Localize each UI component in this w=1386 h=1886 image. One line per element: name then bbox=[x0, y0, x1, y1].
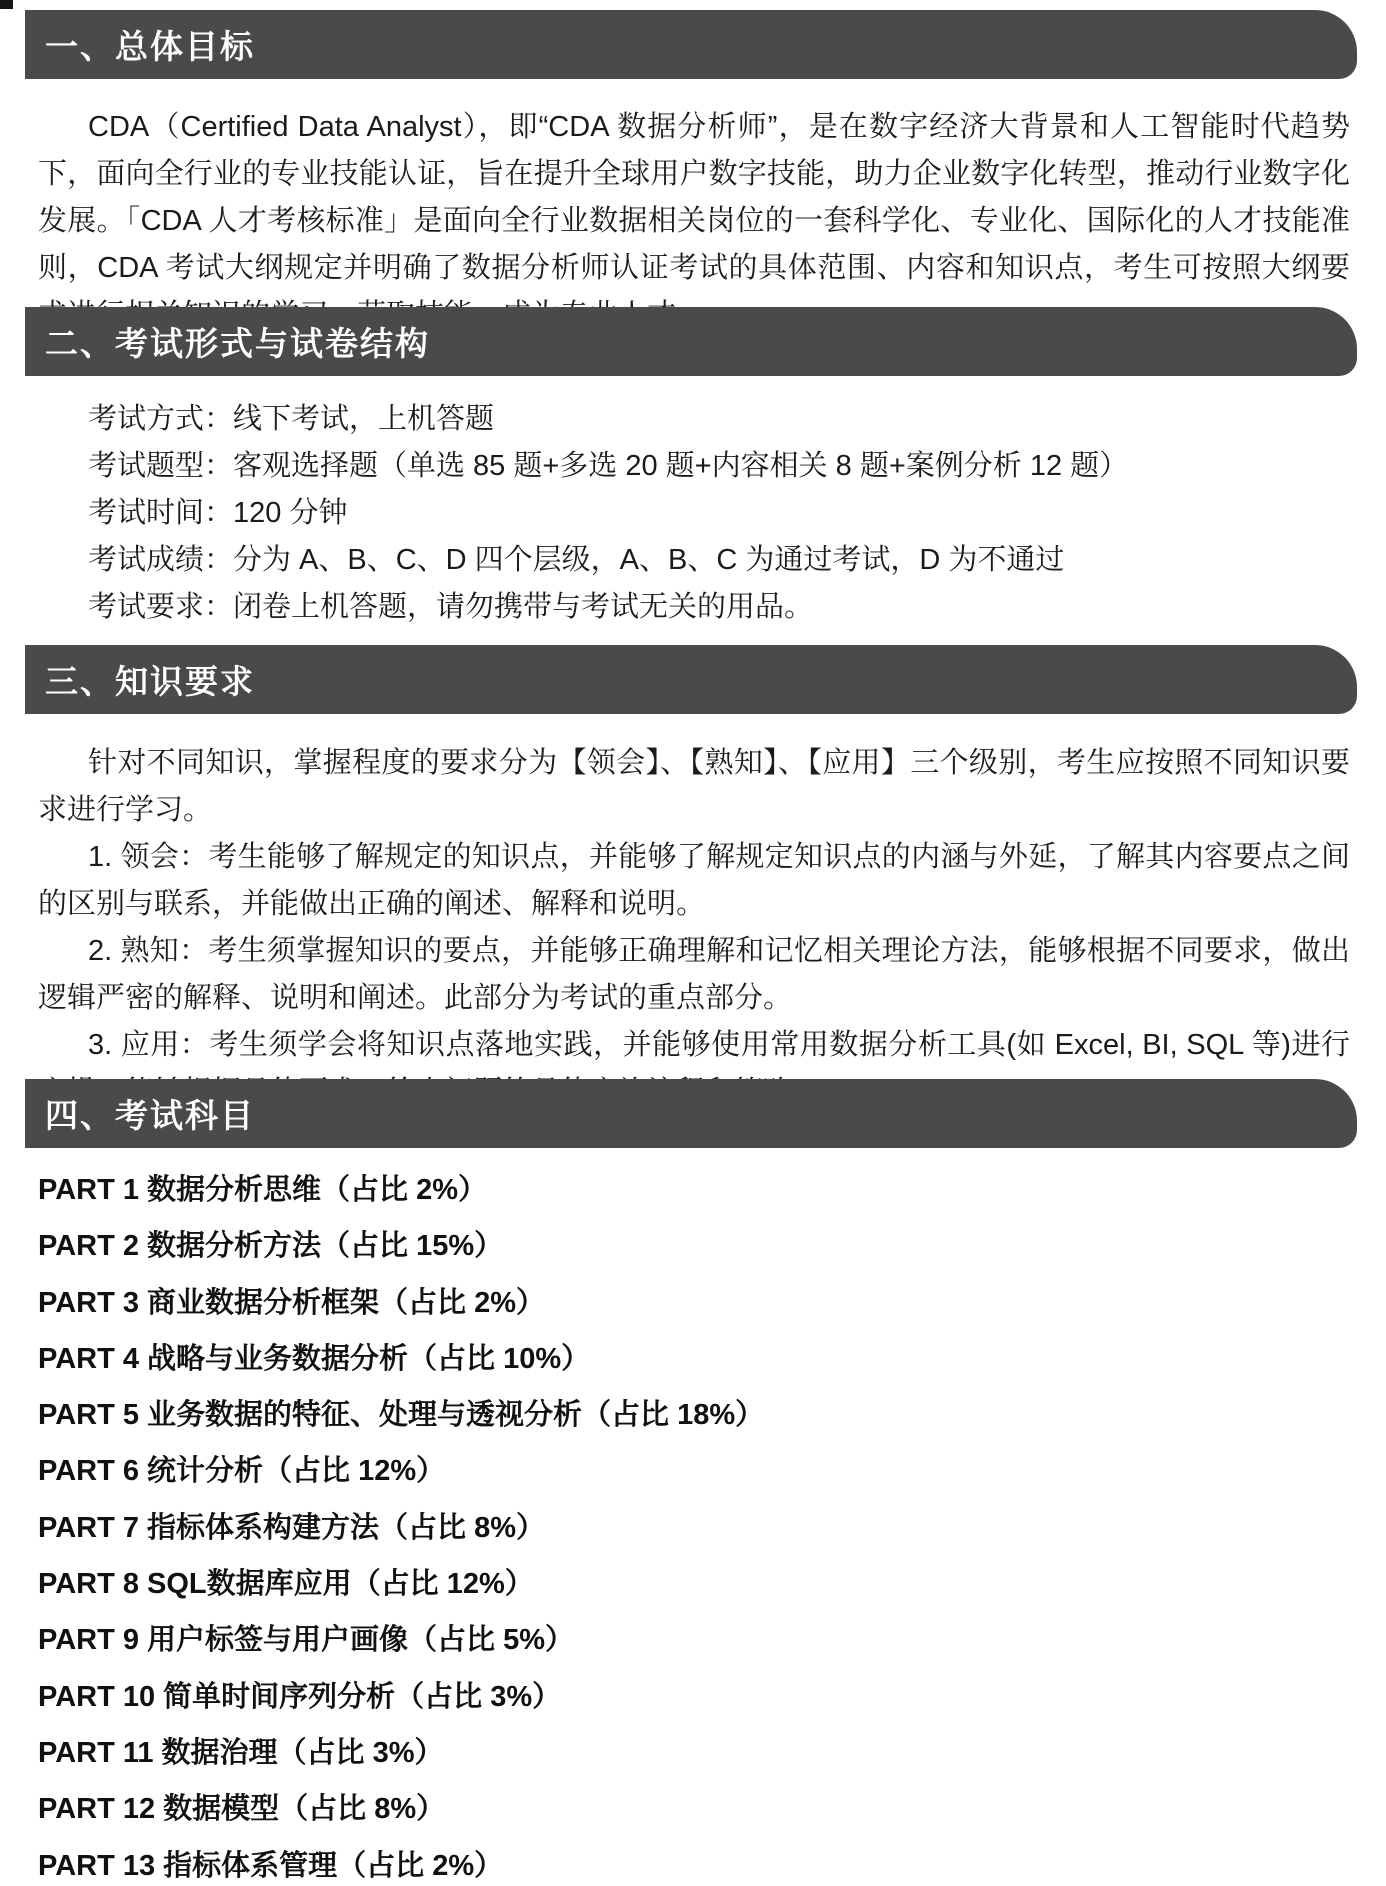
section-2-title: 二、考试形式与试卷结构 bbox=[25, 318, 430, 365]
exam-format-list: 考试方式：线下考试，上机答题 考试题型：客观选择题（单选 85 题+多选 20 … bbox=[88, 396, 1358, 631]
section-2-header-bar: 二、考试形式与试卷结构 bbox=[25, 307, 1357, 376]
section-3-title: 三、知识要求 bbox=[25, 656, 255, 703]
overall-goal-paragraph: CDA（Certified Data Analyst），即“CDA 数据分析师”… bbox=[38, 104, 1350, 339]
exam-question-type-line: 考试题型：客观选择题（单选 85 题+多选 20 题+内容相关 8 题+案例分析… bbox=[88, 443, 1358, 490]
part-item-13: PART 13 指标体系管理（占比 2%） bbox=[38, 1838, 1368, 1886]
part-item-7: PART 7 指标体系构建方法（占比 8%） bbox=[38, 1500, 1368, 1556]
part-item-6: PART 6 统计分析（占比 12%） bbox=[38, 1443, 1368, 1499]
section-3-header-bar: 三、知识要求 bbox=[25, 645, 1357, 714]
document-page: 一、总体目标 CDA（Certified Data Analyst），即“CDA… bbox=[0, 0, 1386, 1886]
section-1-title: 一、总体目标 bbox=[25, 21, 255, 68]
exam-grade-line: 考试成绩：分为 A、B、C、D 四个层级，A、B、C 为通过考试，D 为不通过 bbox=[88, 537, 1358, 584]
exam-subjects-list: PART 1 数据分析思维（占比 2%） PART 2 数据分析方法（占比 15… bbox=[38, 1162, 1368, 1886]
part-item-1: PART 1 数据分析思维（占比 2%） bbox=[38, 1162, 1368, 1218]
part-item-3: PART 3 商业数据分析框架（占比 2%） bbox=[38, 1275, 1368, 1331]
section-4-title: 四、考试科目 bbox=[25, 1090, 255, 1137]
section-1-header-bar: 一、总体目标 bbox=[25, 10, 1357, 79]
level-comprehension-paragraph: 1. 领会：考生能够了解规定的知识点，并能够了解规定知识点的内涵与外延，了解其内… bbox=[38, 834, 1350, 928]
part-item-5: PART 5 业务数据的特征、处理与透视分析（占比 18%） bbox=[38, 1387, 1368, 1443]
part-item-4: PART 4 战略与业务数据分析（占比 10%） bbox=[38, 1331, 1368, 1387]
part-item-8: PART 8 SQL数据库应用（占比 12%） bbox=[38, 1556, 1368, 1612]
exam-method-line: 考试方式：线下考试，上机答题 bbox=[88, 396, 1358, 443]
knowledge-requirements-block: 针对不同知识，掌握程度的要求分为【领会】、【熟知】、【应用】三个级别，考生应按照… bbox=[38, 740, 1350, 1116]
knowledge-levels-intro-paragraph: 针对不同知识，掌握程度的要求分为【领会】、【熟知】、【应用】三个级别，考生应按照… bbox=[38, 740, 1350, 834]
part-item-2: PART 2 数据分析方法（占比 15%） bbox=[38, 1218, 1368, 1274]
exam-duration-line: 考试时间：120 分钟 bbox=[88, 490, 1358, 537]
part-item-12: PART 12 数据模型（占比 8%） bbox=[38, 1781, 1368, 1837]
part-item-11: PART 11 数据治理（占比 3%） bbox=[38, 1725, 1368, 1781]
section-4-header-bar: 四、考试科目 bbox=[25, 1079, 1357, 1148]
level-familiarity-paragraph: 2. 熟知：考生须掌握知识的要点，并能够正确理解和记忆相关理论方法，能够根据不同… bbox=[38, 928, 1350, 1022]
part-item-9: PART 9 用户标签与用户画像（占比 5%） bbox=[38, 1612, 1368, 1668]
top-left-artifact bbox=[0, 0, 13, 9]
part-item-10: PART 10 简单时间序列分析（占比 3%） bbox=[38, 1669, 1368, 1725]
exam-requirement-line: 考试要求：闭卷上机答题，请勿携带与考试无关的用品。 bbox=[88, 584, 1358, 631]
